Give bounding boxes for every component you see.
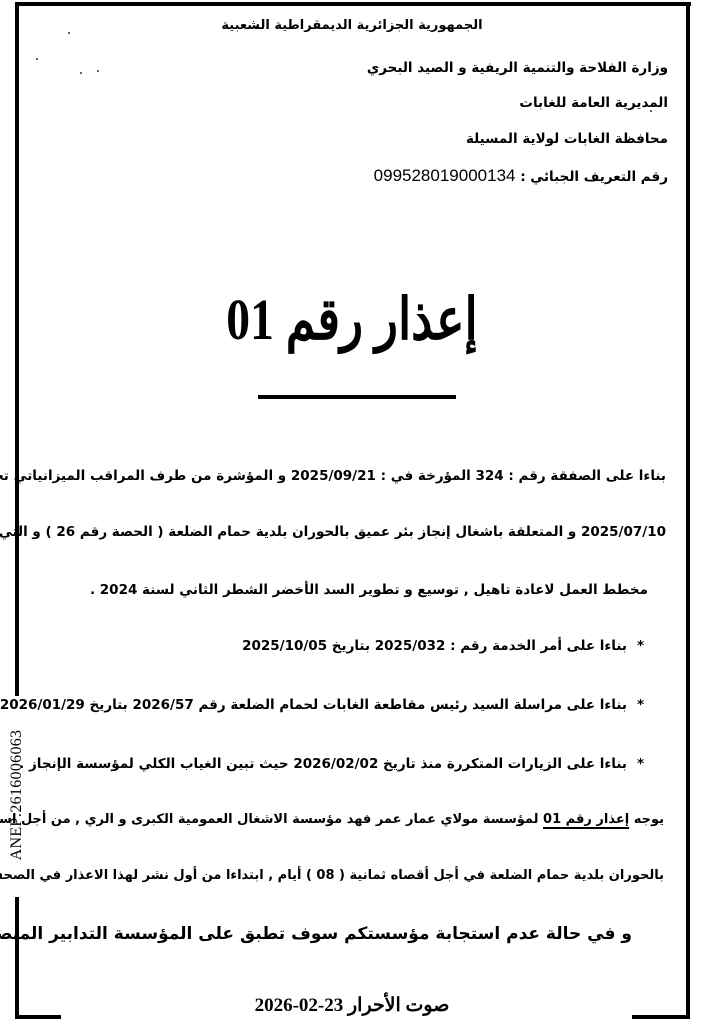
document-title: إعذار رقم 01 bbox=[63, 285, 640, 353]
bullet-text: بناءا على مراسلة السيد رئيس مقاطعة الغاب… bbox=[0, 697, 627, 713]
bullet-text: بناءا على الزيارات المتكررة منذ تاريخ 20… bbox=[19, 756, 627, 772]
scan-speck bbox=[97, 70, 99, 72]
bullet-item-site-visits: *بناءا على الزيارات المتكررة منذ تاريخ 2… bbox=[19, 756, 644, 772]
tax-id-value: 099528019000134 bbox=[374, 166, 516, 185]
frame-right-border bbox=[686, 2, 690, 1019]
scan-speck bbox=[36, 58, 38, 60]
notice-reference-underlined: إعذار رقم 01 bbox=[543, 812, 629, 827]
paragraph-line-1: بناءا على الصفقة رقم : 324 المؤرخة في : … bbox=[0, 468, 666, 484]
republic-header: الجمهورية الجزائرية الديمقراطية الشعبية bbox=[0, 18, 704, 33]
bullet-star-icon: * bbox=[637, 697, 644, 713]
conservation-name: محافظة الغابات لولاية المسيلة bbox=[466, 131, 668, 147]
newspaper-footer: صوت الأحرار 23-02-2026 bbox=[0, 994, 704, 1017]
anep-reference-label: ANEP:2616006063 bbox=[8, 690, 26, 900]
notice-rest: لمؤسسة مولاي عمار عمر فهد مؤسسة الاشغال … bbox=[0, 812, 539, 827]
scan-speck bbox=[80, 72, 82, 74]
frame-left-border-upper bbox=[15, 2, 19, 696]
closing-statement: و في حالة عدم استجابة مؤسستكم سوف تطبق ع… bbox=[0, 924, 632, 944]
tax-id-label: رقم التعريف الجبائي : bbox=[520, 169, 668, 185]
notice-line-2: بالحوران بلدية حمام الضلعة في أجل أقصاه … bbox=[0, 868, 664, 883]
bullet-star-icon: * bbox=[637, 638, 644, 654]
paragraph-line-2: 2025/07/10 و المتعلقة باشغال إنجاز بئر ع… bbox=[0, 524, 666, 540]
bullet-star-icon: * bbox=[637, 756, 644, 772]
bullet-item-service-order: *بناءا على أمر الخدمة رقم : 2025/032 بتا… bbox=[242, 638, 644, 654]
paragraph-line-3: مخطط العمل لاعادة تاهيل , توسيع و تطوير … bbox=[90, 582, 648, 598]
ministry-name: وزارة الفلاحة والتنمية الريفية و الصيد ا… bbox=[367, 60, 668, 76]
frame-top-border bbox=[15, 2, 691, 6]
notice-prefix: يوجه bbox=[634, 812, 664, 827]
title-underline bbox=[258, 395, 456, 399]
directorate-name: المديرية العامة للغابات bbox=[519, 95, 668, 111]
tax-id-line: رقم التعريف الجبائي : 099528019000134 bbox=[374, 166, 668, 186]
notice-line-1: يوجه إعذار رقم 01 لمؤسسة مولاي عمار عمر … bbox=[0, 812, 664, 827]
bullet-text: بناءا على أمر الخدمة رقم : 2025/032 بتار… bbox=[242, 638, 627, 654]
bullet-item-correspondence: *بناءا على مراسلة السيد رئيس مقاطعة الغا… bbox=[0, 697, 644, 713]
